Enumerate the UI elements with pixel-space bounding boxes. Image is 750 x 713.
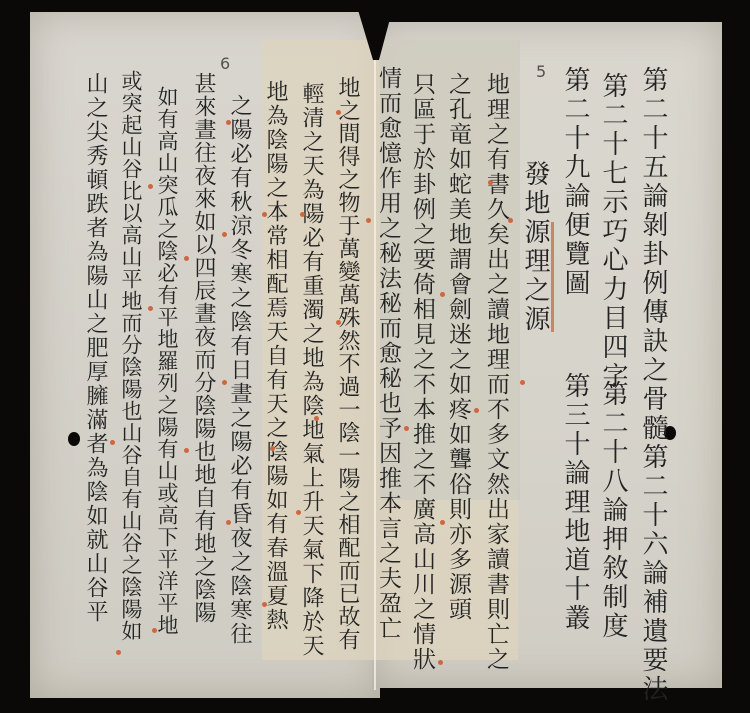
text-column: 第二十九論便覽圖 — [562, 66, 588, 298]
text-column: 山之尖秀頓跌者為陽山之肥厚臃滿者為陰如就山谷平 — [84, 72, 106, 624]
text-column: 輕清之天為陽必有重濁之地為陰地氣上升天氣下降於天 — [300, 82, 322, 658]
text-column: 地理之有書久矣出之讀地理而不多文然出家讀書則亡之 — [484, 72, 507, 672]
text-column: 如有高山突瓜之陰必有平地羅列之陽有山或高下平洋平地 — [156, 86, 177, 636]
text-column: 第二十五論剝卦例傳訣之骨髓第二十六論補遺要法 — [640, 66, 666, 704]
text-column: 第三十論理地道十叢 — [562, 372, 588, 633]
red-punctuation-mark — [366, 218, 371, 223]
red-punctuation-mark — [110, 440, 115, 445]
red-punctuation-mark — [262, 602, 267, 607]
red-punctuation-mark — [296, 510, 301, 515]
red-punctuation-mark — [488, 180, 493, 185]
text-column: 只區于於卦例之要倚相見之不本推之不廣高山川之情狀 — [410, 72, 433, 672]
page-number-right: 5 — [536, 62, 546, 81]
red-punctuation-mark — [440, 520, 445, 525]
red-punctuation-mark — [404, 426, 409, 431]
red-punctuation-mark — [152, 628, 157, 633]
text-column: 或突起山谷比以高山平地而分陰陽也山谷自有山谷之陰陽如 — [120, 70, 141, 642]
page-number-left: 6 — [220, 54, 230, 73]
red-punctuation-mark — [184, 256, 189, 261]
red-punctuation-mark — [508, 218, 513, 223]
red-punctuation-mark — [336, 320, 341, 325]
red-punctuation-mark — [222, 232, 227, 237]
red-punctuation-mark — [116, 650, 121, 655]
red-punctuation-mark — [148, 184, 153, 189]
red-punctuation-mark — [184, 448, 189, 453]
red-punctuation-mark — [226, 120, 231, 125]
text-column-heading: 發地源理之源 — [522, 160, 548, 334]
binding-hole — [68, 432, 80, 446]
text-column: 之陽必有秋涼冬寒之陰有日晝之陽必有昏夜之陰寒往 — [228, 94, 250, 646]
text-column: 地為陰陽之本常相配焉天自有天之陰陽如有春溫夏熱 — [264, 80, 286, 632]
text-column: 之孔竜如蛇美地謂會劍迷之如疼如聾俗則亦多源頭 — [446, 72, 469, 622]
text-column: 地之間得之物于萬變萬殊然不過一陰一陽之相配而已故有 — [336, 76, 358, 651]
red-punctuation-mark — [336, 110, 341, 115]
red-punctuation-mark — [300, 212, 305, 217]
text-column: 情而愈憶作用之秘法秘而愈秘也予因推本言之夫盈亡 — [376, 66, 399, 641]
text-column: 第二十七示巧心力目四字 — [600, 72, 626, 391]
red-punctuation-mark — [314, 416, 319, 421]
text-column: 甚來晝往夜來如以四辰晝夜而分陰陽也地自有地之陰陽 — [192, 72, 214, 624]
red-punctuation-mark — [474, 408, 479, 413]
text-column: 第二十八論押敘制度 — [600, 380, 626, 641]
red-punctuation-mark — [262, 212, 267, 217]
red-punctuation-mark — [520, 380, 525, 385]
red-punctuation-mark — [226, 520, 231, 525]
red-punctuation-mark — [148, 306, 153, 311]
red-punctuation-mark — [270, 446, 275, 451]
red-margin-line — [551, 222, 554, 332]
red-punctuation-mark — [438, 660, 443, 665]
red-punctuation-mark — [440, 292, 445, 297]
red-punctuation-mark — [222, 380, 227, 385]
